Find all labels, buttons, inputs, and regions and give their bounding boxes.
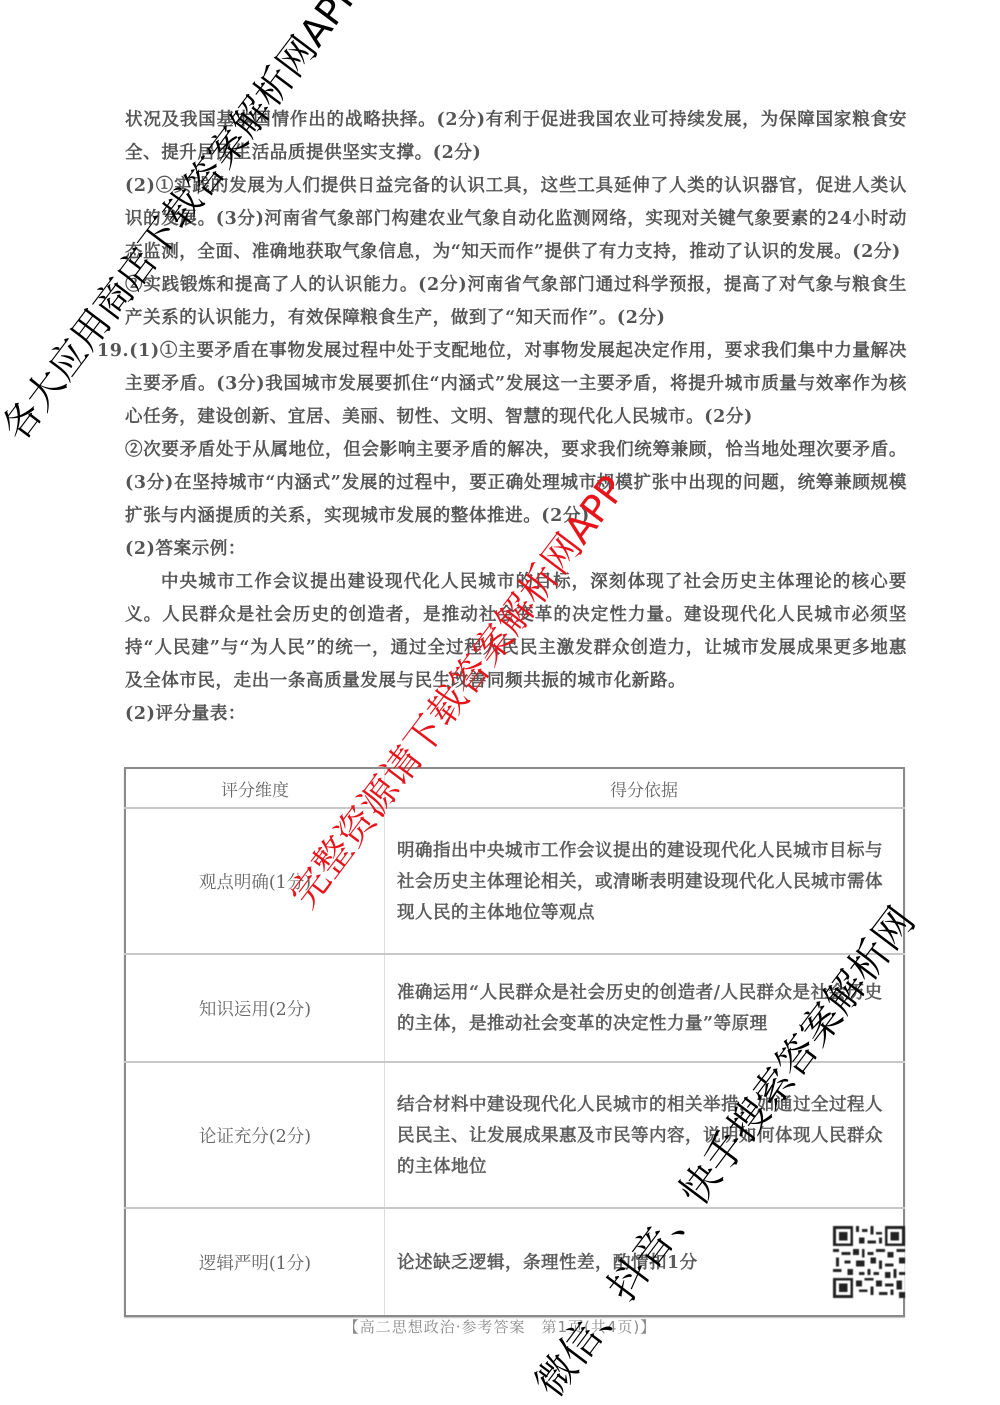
paragraph-text: (1)①主要矛盾在事物发展过程中处于支配地位，对事物发展起决定作用，要求我们集中…: [125, 341, 907, 427]
paragraph: ②实践锻炼和提高了人的认识能力。(2分)河南省气象部门通过科学预报，提高了对气象…: [125, 269, 907, 335]
question-number: 19.: [97, 341, 129, 361]
rubric-heading: (2)评分量表：: [125, 698, 907, 731]
basis-cell: 结合材料中建设现代化人民城市的相关举措，如通过全过程人民民主、让发展成果惠及市民…: [385, 1062, 905, 1208]
answer-key-page: 状况及我国基本国情作出的战略抉择。(2分)有利于促进我国农业可持续发展，为保障国…: [0, 0, 1000, 1405]
header-basis: 得分依据: [385, 768, 905, 808]
basis-cell: 明确指出中央城市工作会议提出的建设现代化人民城市目标与社会历史主体理论相关，或清…: [385, 808, 905, 954]
dimension-cell: 观点明确(1分): [125, 808, 385, 954]
paragraph: (2)①实践的发展为人们提供日益完备的认识工具，这些工具延伸了人类的认识器官，促…: [125, 170, 907, 269]
table-header-row: 评分维度 得分依据: [125, 768, 904, 808]
table-row: 论证充分(2分) 结合材料中建设现代化人民城市的相关举措，如通过全过程人民民主、…: [125, 1062, 904, 1208]
scoring-rubric-table: 评分维度 得分依据 观点明确(1分) 明确指出中央城市工作会议提出的建设现代化人…: [124, 767, 905, 1317]
dimension-cell: 知识运用(2分): [125, 954, 385, 1062]
dimension-cell: 论证充分(2分): [125, 1062, 385, 1208]
table-row: 知识运用(2分) 准确运用“人民群众是社会历史的创造者/人民群众是社会历史的主体…: [125, 954, 904, 1062]
basis-cell: 准确运用“人民群众是社会历史的创造者/人民群众是社会历史的主体，是推动社会变革的…: [385, 954, 905, 1062]
question-19-part-1: 19.(1)①主要矛盾在事物发展过程中处于支配地位，对事物发展起决定作用，要求我…: [125, 335, 907, 434]
header-dimension: 评分维度: [125, 768, 385, 808]
sample-answer-text: 中央城市工作会议提出建设现代化人民城市的目标，深刻体现了社会历史主体理论的核心要…: [125, 566, 907, 698]
sample-answer-heading: (2)答案示例：: [125, 533, 907, 566]
paragraph: 状况及我国基本国情作出的战略抉择。(2分)有利于促进我国农业可持续发展，为保障国…: [125, 104, 907, 170]
qr-code-icon: [833, 1226, 905, 1298]
dimension-cell: 逻辑严明(1分): [125, 1208, 385, 1316]
table-row: 观点明确(1分) 明确指出中央城市工作会议提出的建设现代化人民城市目标与社会历史…: [125, 808, 904, 954]
table-row: 逻辑严明(1分) 论述缺乏逻辑，条理性差，酌情扣1分: [125, 1208, 904, 1316]
paragraph: ②次要矛盾处于从属地位，但会影响主要矛盾的解决，要求我们统筹兼顾，恰当地处理次要…: [125, 434, 907, 533]
basis-cell: 论述缺乏逻辑，条理性差，酌情扣1分: [385, 1208, 905, 1316]
answer-body: 状况及我国基本国情作出的战略抉择。(2分)有利于促进我国农业可持续发展，为保障国…: [125, 104, 907, 731]
page-footer: 【高二思想政治·参考答案 第1页(共4页)】: [0, 1316, 1000, 1337]
